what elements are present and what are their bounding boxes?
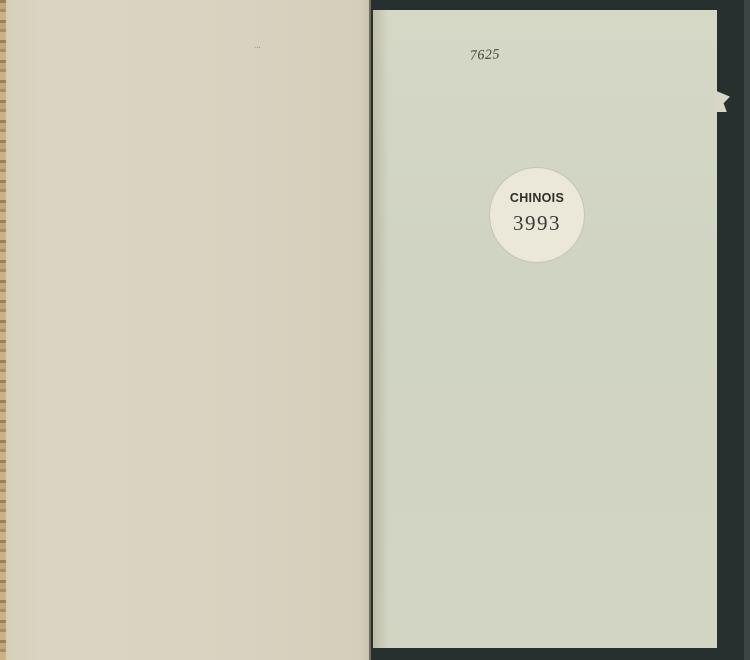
- label-number: 3993: [513, 211, 561, 236]
- label-title: CHINOIS: [510, 191, 564, 205]
- left-page-edge: [0, 0, 6, 660]
- pencil-note: ...: [254, 40, 261, 50]
- book-spread: ... 7625 CHINOIS 3993: [0, 0, 750, 660]
- handwritten-shelfmark: 7625: [470, 47, 501, 65]
- left-page: ...: [0, 0, 371, 660]
- right-page: [373, 10, 717, 648]
- cover-edge: [744, 0, 750, 660]
- library-label: CHINOIS 3993: [490, 168, 584, 262]
